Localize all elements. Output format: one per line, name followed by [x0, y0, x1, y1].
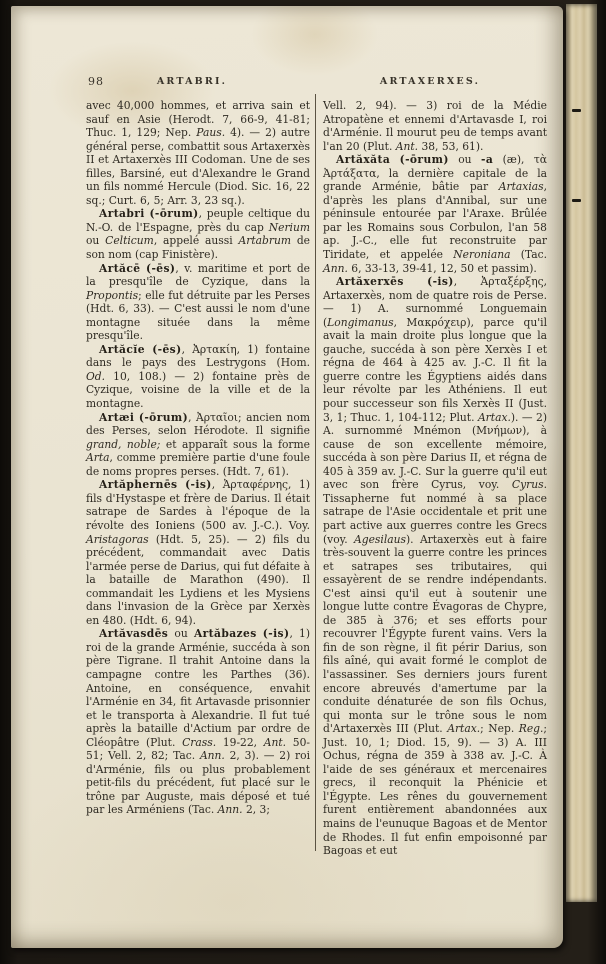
entry-paragraph: Artæi (-ōrum), Ἀρταῖοι; ancien nom des P… [86, 411, 310, 479]
entry-paragraph: Vell. 2, 94). — 3) roi de la Médie Atrop… [323, 99, 547, 153]
entry-paragraph: Artăxerxēs (-is), Ἀρταξέρξης, Artaxerxès… [323, 275, 547, 858]
running-head-right: ARTAXERXES. [313, 76, 547, 87]
page-stack-edge [566, 4, 597, 902]
entry-paragraph: Artabri (-ōrum), peuple celtique du N.-O… [86, 207, 310, 261]
entry-paragraph: Artăphernēs (-is), Ἀρταφέρνης, 1) fils d… [86, 478, 310, 627]
page-edge-tick [572, 109, 581, 112]
running-head-left: ARTABRI. [75, 76, 309, 87]
page-edge-tick [572, 199, 581, 202]
entry-paragraph: avec 40,000 hommes, et arriva sain et sa… [86, 99, 310, 207]
column-left: avec 40,000 hommes, et arriva sain et sa… [86, 99, 310, 817]
entry-paragraph: Artăxăta (-ōrum) ou -a (æ), τὰ Ἀρτάξατα,… [323, 153, 547, 275]
entry-paragraph: Artăcĭe (-ēs), Ἀρτακίη, 1) fontaine dans… [86, 343, 310, 411]
column-right: Vell. 2, 94). — 3) roi de la Médie Atrop… [323, 99, 547, 858]
entry-paragraph: Artăcē (-ēs), v. maritime et port de la … [86, 262, 310, 343]
column-divider [315, 94, 316, 851]
book-page: 98 ARTABRI. ARTAXERXES. avec 40,000 homm… [11, 6, 563, 948]
entry-paragraph: Artăvasdēs ou Artăbazes (-is), 1) roi de… [86, 627, 310, 817]
